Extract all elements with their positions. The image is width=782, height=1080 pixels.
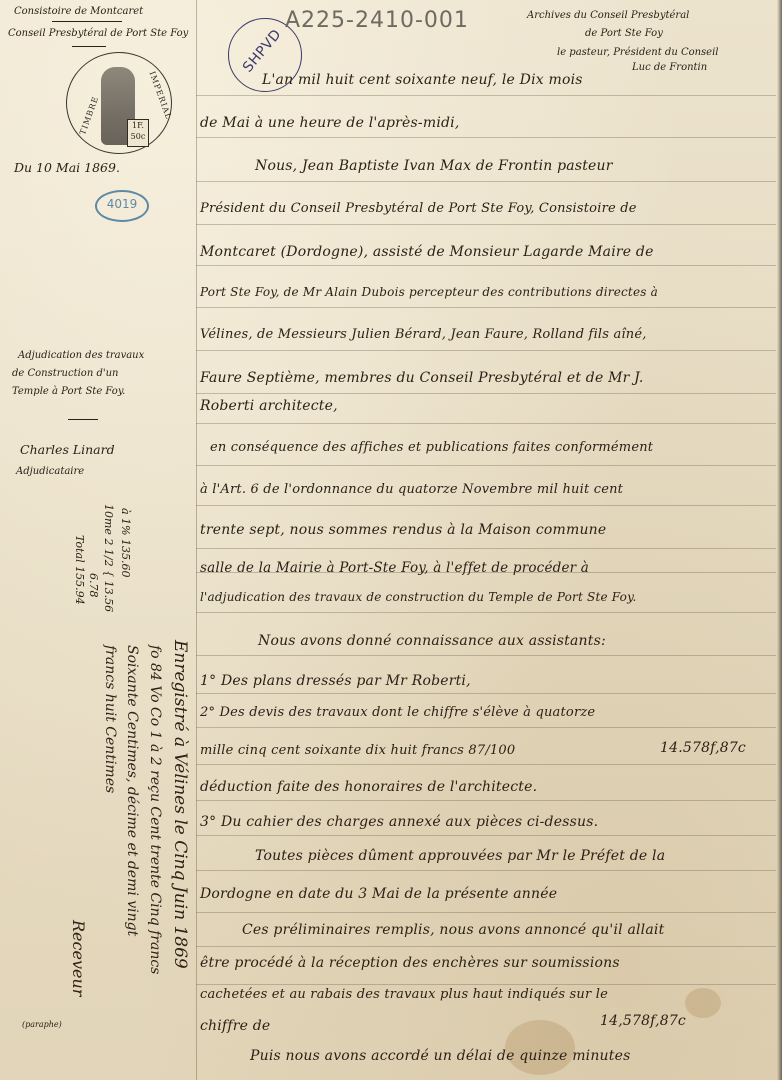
body-line: 3° Du cahier des charges annexé aux pièc… (200, 814, 598, 830)
header-conseil: Conseil Presbytéral de Port Ste Foy (8, 28, 188, 39)
body-line: Toutes pièces dûment approuvées par Mr l… (255, 848, 665, 864)
body-line: en conséquence des affiches et publicati… (210, 440, 653, 455)
body-line: 2° Des devis des travaux dont le chiffre… (200, 705, 595, 720)
initials: (paraphe) (22, 1020, 62, 1029)
stamp-value: 1F. 50c (127, 119, 149, 147)
body-line: Montcaret (Dordogne), assisté de Monsieu… (200, 244, 654, 260)
scanned-document-page: Consistoire de Montcaret Conseil Presbyt… (0, 0, 782, 1080)
tax-calc-total: Total 155.94 (73, 535, 86, 605)
header-underline (72, 46, 106, 47)
header-consistoire: Consistoire de Montcaret (14, 6, 143, 17)
body-line: Port Ste Foy, de Mr Alain Dubois percept… (200, 285, 658, 299)
margin-subject-line-1: Adjudication des travaux (18, 350, 144, 361)
body-line: l'adjudication des travaux de constructi… (200, 590, 636, 604)
margin-divider (68, 419, 98, 420)
header-signature: Luc de Frontin (632, 62, 707, 73)
body-line: 1° Des plans dressés par Mr Roberti, (200, 673, 471, 689)
body-line: L'an mil huit cent soixante neuf, le Dix… (262, 72, 583, 88)
header-archives: Archives du Conseil Presbytéral (527, 10, 689, 21)
body-line: chiffre de (200, 1018, 270, 1034)
header-archives-place: de Port Ste Foy (585, 28, 663, 39)
timbre-label: TIMBRE (78, 95, 100, 136)
registration-line: Enregistré à Vélines le Cinq Juin 1869 (170, 640, 190, 969)
registration-line: fo 84 Vo Co 1 à 2 reçu Cent trente Cinq … (147, 645, 163, 974)
body-line: Roberti architecte, (200, 398, 338, 414)
body-line: Dordogne en date du 3 Mai de la présente… (200, 886, 557, 902)
body-line: Nous, Jean Baptiste Ivan Max de Frontin … (255, 158, 613, 174)
registration-line: francs huit Centimes (102, 645, 118, 793)
archive-reference: A225-2410-001 (285, 8, 469, 33)
body-line: Puis nous avons accordé un délai de quin… (250, 1048, 630, 1064)
tax-calc-line: 6.78 (87, 573, 100, 598)
header-pasteur: le pasteur, Président du Conseil (557, 47, 719, 58)
body-line: Faure Septième, membres du Conseil Presb… (200, 370, 644, 386)
page-edge (777, 0, 782, 1080)
body-line: déduction faite des honoraires de l'arch… (200, 779, 537, 795)
registration-line: Soixante Centimes, décime et demi vingt (124, 645, 140, 936)
body-line: Vélines, de Messieurs Julien Bérard, Jea… (200, 327, 647, 342)
body-line: Président du Conseil Presbytéral de Port… (200, 201, 637, 216)
body-line: Nous avons donné connaissance aux assist… (258, 633, 606, 649)
body-line: trente sept, nous sommes rendus à la Mai… (200, 522, 606, 538)
body-line: à l'Art. 6 de l'ordonnance du quatorze N… (200, 482, 623, 497)
body-line: mille cinq cent soixante dix huit francs… (200, 743, 515, 758)
margin-subject-line-3: Temple à Port Ste Foy. (12, 386, 125, 397)
margin-subject-line-2: de Construction d'un (12, 368, 118, 379)
adjudicataire-name: Charles Linard (20, 442, 115, 457)
timbre-imperial-stamp: TIMBRE IMPERIAL 1F. 50c (66, 52, 172, 154)
margin-date: Du 10 Mai 1869. (14, 160, 120, 175)
receveur-signature: Receveur (69, 920, 88, 996)
tax-calc-line: 10me 2 1/2 { 13.56 (102, 504, 115, 612)
body-line: Ces préliminaires remplis, nous avons an… (242, 922, 664, 938)
oval-number-stamp: 4019 (95, 190, 149, 222)
chiffre-amount: 14,578f,87c (600, 1013, 686, 1029)
tax-calc-line: à 1% 135.60 (119, 508, 132, 578)
devis-amount: 14.578f,87c (660, 740, 746, 756)
body-line: salle de la Mairie à Port-Ste Foy, à l'e… (200, 560, 589, 576)
body-line: de Mai à une heure de l'après-midi, (200, 115, 460, 131)
adjudicataire-label: Adjudicataire (16, 466, 84, 477)
water-stain (685, 988, 721, 1018)
body-line: cachetées et au rabais des travaux plus … (200, 987, 608, 1002)
header-underline (52, 21, 122, 22)
imperial-label: IMPERIAL (148, 70, 174, 121)
body-line: être procédé à la réception des enchères… (200, 955, 620, 971)
